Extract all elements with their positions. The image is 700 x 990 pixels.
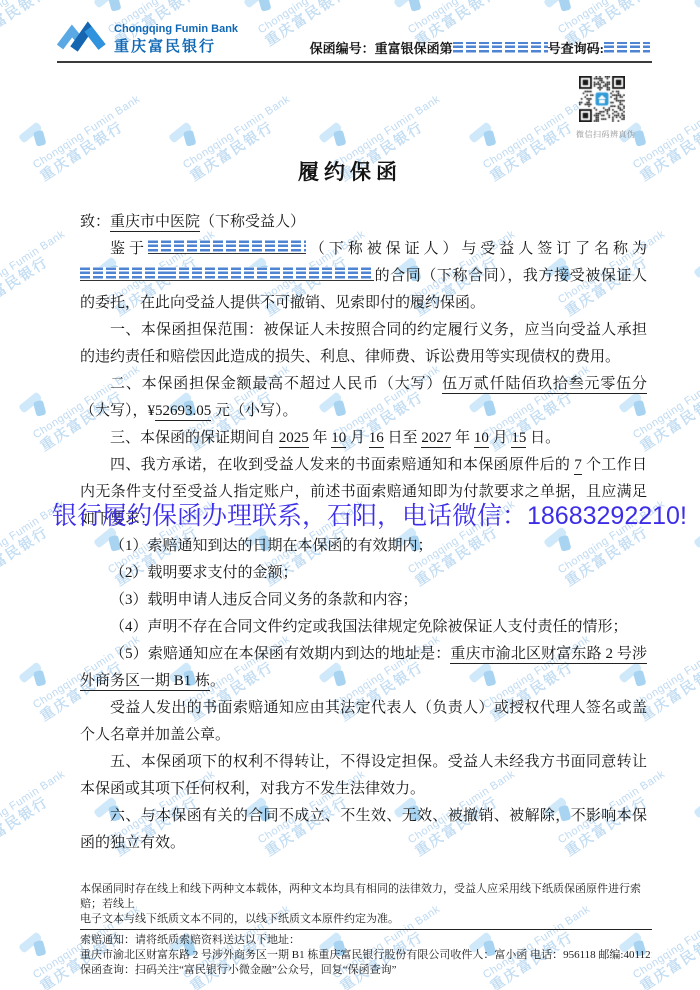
watermark-text-en: Chongqing Fumin Bank: [0, 766, 72, 847]
text-run: 10: [474, 430, 489, 448]
claim-condition-4: （4）声明不存在合同文件约定或我国法律规定免除被保证人支付责任的情形；: [80, 614, 647, 641]
watermark-text-zh: 重庆富民银行: [638, 371, 700, 455]
clause-6: 六、与本保函有关的合同不成立、不生效、无效、被撤销、被解除，不影响本保函的独立有…: [80, 803, 647, 857]
watermark-logo-icon: [539, 0, 582, 22]
document-header: Chongqing Fumin Bank 重庆富民银行 保函编号：重富银保函第号…: [57, 20, 650, 59]
footer-legal-line1: 本保函同时存在线上和线下两种文本载体，两种文本均具有相同的法律效力，受益人应采用…: [80, 882, 652, 912]
clause-5: 五、本保函项下的权利不得转让，不得设定担保。受益人未经我方书面同意转让本保函或其…: [80, 749, 647, 803]
watermark-text-zh: 重庆富民银行: [0, 776, 81, 860]
text-run: 月: [346, 430, 369, 446]
watermark-logo-icon: [689, 522, 700, 562]
claim-condition-1: （1）索赔通知到达的日期在本保函的有效期内；: [80, 533, 647, 560]
text-run: （下称受益人）: [200, 214, 305, 230]
watermark-tile: Chongqing Fumin Bank重庆富民银行: [0, 199, 81, 320]
text-run: 号查询码:: [548, 41, 604, 56]
text-run: （4）声明不存在合同文件约定或我国法律规定免除被保证人支付责任的情形；: [110, 619, 628, 635]
text-run: 元（小写）。: [211, 403, 297, 419]
text-run: 六、与本保函有关的合同不成立、不生效、无效、被撤销、被解除，不影响本保函的独立有…: [80, 808, 647, 851]
watermark-logo-icon: [89, 0, 132, 22]
text-run: 年: [451, 430, 474, 446]
watermark-logo-icon: [239, 0, 282, 22]
verification-qr-code: [579, 76, 625, 122]
watermark-tile: Chongqing Fumin Bank重庆富民银行: [0, 739, 81, 860]
text-run: 四、我方承诺，在收到受益人发来的书面索赔通知和本保函原件后的: [110, 457, 574, 473]
text-run: 15: [511, 430, 526, 448]
text-run: 10: [331, 430, 346, 448]
text-run: 伍万贰仟陆佰玖拾叁元零伍分: [442, 376, 647, 394]
watermark-logo-icon: [14, 387, 57, 427]
watermark-text-zh: 重庆富民银行: [638, 641, 700, 725]
footer-address-line: 重庆市渝北区财富东路 2 号涉外商务区一期 B1 栋重庆富民银行股份有限公司收件…: [80, 948, 652, 963]
signature-requirement: 受益人发出的书面索赔通知应由其法定代表人（负责人）或授权代理人签名或盖个人名章并…: [80, 695, 647, 749]
text-run: 鉴于: [110, 241, 148, 257]
watermark-text-zh: 重庆富民银行: [0, 236, 81, 320]
clause-3: 三、本保函的保证期间自 2025 年 10 月 16 日至 2027 年 10 …: [80, 425, 647, 452]
text-run: 五、本保函项下的权利不得转让，不得设定担保。受益人未经我方书面同意转让本保函或其…: [80, 754, 647, 797]
document-body: 致：重庆市中医院（下称受益人）鉴于（下称被保证人）与受益人签订了名称为的合同（下…: [80, 209, 647, 857]
text-run: （1）索赔通知到达的日期在本保函的有效期内；: [110, 538, 433, 554]
guarantee-ref-line: 保函编号：重富银保函第号查询码:: [310, 38, 650, 59]
bank-name-zh: 重庆富民银行: [114, 35, 238, 56]
clause-2: 二、本保函担保金额最高不超过人民币（大写）伍万贰仟陆佰玖拾叁元零伍分（大写），¥…: [80, 371, 647, 425]
watermark-logo-icon: [689, 792, 700, 832]
footer-divider: [80, 929, 652, 930]
watermark-logo-icon: [389, 0, 432, 22]
addressee-line: 致：重庆市中医院（下称受益人）: [80, 209, 647, 236]
bank-name-en: Chongqing Fumin Bank: [114, 23, 238, 35]
watermark-logo-icon: [14, 657, 57, 697]
watermark-logo-icon: [164, 117, 207, 157]
bank-names: Chongqing Fumin Bank 重庆富民银行: [114, 23, 238, 56]
text-run: 7: [574, 457, 582, 475]
redacted-text: [166, 267, 374, 281]
text-run: （5）索赔通知应在本保函有效期内到达的地址是：: [110, 646, 450, 662]
watermark-logo-icon: [689, 252, 700, 292]
header-divider: [57, 61, 652, 63]
watermark-logo-icon: [464, 117, 507, 157]
text-run: 二、本保函担保金额最高不超过人民币（大写）: [110, 376, 442, 392]
text-run: 2025: [279, 430, 309, 448]
redacted-text: [148, 240, 306, 254]
text-run: 重庆市中医院: [110, 214, 200, 232]
watermark-logo-icon: [314, 117, 357, 157]
text-run: 日至: [384, 430, 422, 446]
claim-condition-5: （5）索赔通知应在本保函有效期内到达的地址是：重庆市渝北区财富东路 2 号涉外商…: [80, 641, 647, 695]
redacted-text: [604, 42, 650, 54]
text-run: 受益人发出的书面索赔通知应由其法定代表人（负责人）或授权代理人签名或盖个人名章并…: [80, 700, 647, 743]
text-run: （2）载明要求支付的金额；: [110, 565, 298, 581]
text-run: （大写），¥: [80, 403, 155, 419]
text-run: 一、本保函担保范围：被保证人未按照合同的约定履行义务，应当向受益人承担的违约责任…: [80, 322, 647, 365]
watermark-logo-icon: [689, 0, 700, 22]
text-run: 。: [210, 673, 225, 689]
redacted-text: [80, 267, 166, 281]
footer-legal-line2: 电子文本与线下纸质文本不同的，以线下纸质文本原件约定为准。: [80, 912, 652, 927]
text-run: 保函编号：重富银保函第: [310, 41, 453, 56]
watermark-logo-icon: [14, 117, 57, 157]
document-title: 履约保函: [0, 156, 700, 186]
watermark-text-en: Chongqing Fumin Bank: [0, 226, 72, 307]
qr-caption: 微信扫码辨真伪: [576, 129, 628, 140]
text-run: 月: [489, 430, 512, 446]
qr-block: 微信扫码辨真伪: [576, 76, 628, 140]
bank-logo-icon: [57, 20, 107, 59]
redacted-text: [453, 42, 548, 54]
text-run: 年: [309, 430, 332, 446]
text-run: 日。: [526, 430, 560, 446]
text-run: 三、本保函的保证期间自: [110, 430, 279, 446]
text-run: （3）载明申请人违反合同义务的条款和内容；: [110, 592, 418, 608]
bank-brand: Chongqing Fumin Bank 重庆富民银行: [57, 20, 238, 59]
watermark-tile: Chongqing Fumin Bank重庆富民银行: [689, 0, 700, 51]
ad-overlay-text: 银行履约保函办理联系，石阳，电话微信：18683292210!: [52, 496, 687, 532]
whereas-paragraph: 鉴于（下称被保证人）与受益人签订了名称为的合同（下称合同），我方接受被保证人的委…: [80, 236, 647, 317]
text-run: 2027: [421, 430, 451, 448]
watermark-tile: Chongqing Fumin Bank重庆富民银行: [689, 199, 700, 320]
footer-claim-notice: 索赔通知：请将纸质索赔资料送达以下地址：: [80, 933, 652, 948]
claim-condition-2: （2）载明要求支付的金额；: [80, 560, 647, 587]
watermark-logo-icon: [14, 927, 57, 967]
footer-query-line: 保函查询：扫码关注“富民银行小微金融”公众号，回复“保函查询”: [80, 963, 652, 978]
document-footer: 本保函同时存在线上和线下两种文本载体，两种文本均具有相同的法律效力，受益人应采用…: [80, 882, 652, 978]
text-run: 52693.05: [155, 403, 211, 421]
clause-1: 一、本保函担保范围：被保证人未按照合同的约定履行义务，应当向受益人承担的违约责任…: [80, 317, 647, 371]
text-run: （下称被保证人）与受益人签订了名称为: [306, 241, 647, 257]
watermark-tile: Chongqing Fumin Bank重庆富民银行: [689, 469, 700, 590]
watermark-tile: Chongqing Fumin Bank重庆富民银行: [689, 739, 700, 860]
text-run: 致：: [80, 214, 110, 230]
guarantee-document-page: Chongqing Fumin Bank重庆富民银行Chongqing Fumi…: [0, 0, 700, 990]
claim-condition-3: （3）载明申请人违反合同义务的条款和内容；: [80, 587, 647, 614]
text-run: 16: [369, 430, 384, 448]
